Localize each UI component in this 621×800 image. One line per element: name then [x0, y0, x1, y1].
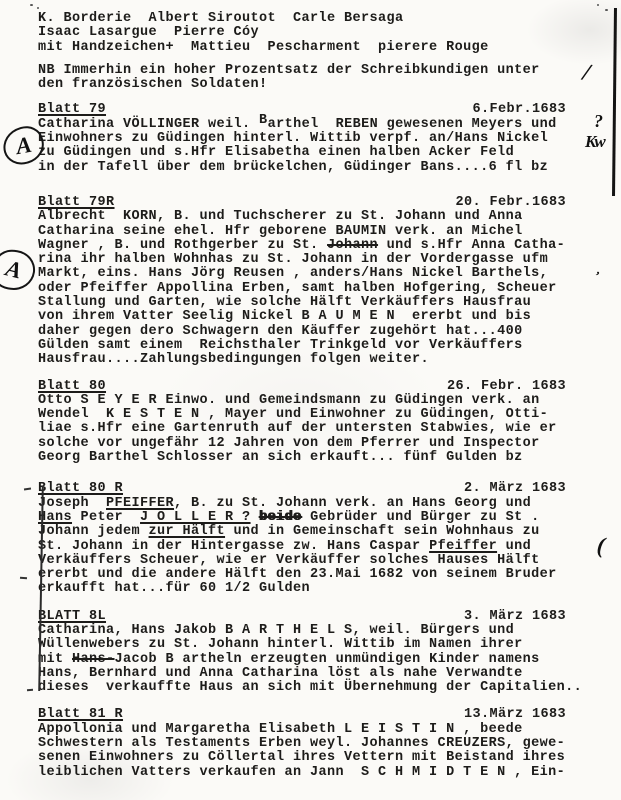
margin-circled-a-annotation: A: [0, 247, 38, 292]
text-line: Wendel K E S T E N , Mayer und Einwohner…: [38, 408, 578, 422]
section-title: Blatt 81 R: [38, 708, 123, 722]
text-line: Schwestern als Testaments Erben weyl. Jo…: [38, 737, 578, 751]
text-line: Catharina seine ehel. Hfr geborene BAUMI…: [38, 225, 578, 239]
text-line: in der Tafell über dem brückelchen, Güdi…: [38, 161, 578, 175]
margin-dash-mark: [27, 689, 33, 691]
text-line: Appollonia und Margaretha Elisabeth L E …: [38, 723, 578, 737]
section-date: 3. März 1683: [464, 610, 566, 624]
text-line: Catharina, Hans Jakob B A R T H E L S, w…: [38, 624, 578, 638]
scan-speck: [597, 4, 599, 6]
handwritten-k-mark: Kw: [585, 132, 604, 152]
text-line: Joseph PFEIFFER, B. zu St. Johann verk. …: [38, 497, 578, 511]
text-line: NB Immerhin ein hoher Prozentsatz der Sc…: [38, 64, 578, 78]
section-date: 20. Febr.1683: [455, 196, 566, 210]
text-line: Catharina VÖLLINGER weil. Barthel REBEN …: [38, 118, 578, 132]
text-line: oder Pfeiffer Appollina Erben, samt halb…: [38, 282, 578, 296]
section-body: Otto S E Y E R Einwo. und Gemeindsmann z…: [38, 394, 578, 465]
section-body: Catharina, Hans Jakob B A R T H E L S, w…: [38, 624, 578, 695]
text-line: rina ihr halben Wohnhas zu St. Johann in…: [38, 253, 578, 267]
text-line: leiblichen Vatters verkaufen an Jann S C…: [38, 766, 578, 780]
record-section-blatt-80r: Blatt 80 R 2. März 1683 Joseph PFEIFFER,…: [38, 482, 578, 596]
text-line: Stallung und Garten, wie solche Hälft Ve…: [38, 296, 578, 310]
text-line: Hausfrau....Zahlungsbedingungen folgen w…: [38, 353, 578, 367]
section-date: 6.Febr.1683: [472, 103, 566, 117]
section-date: 26. Febr. 1683: [447, 380, 566, 394]
section-title: Blatt 79: [38, 103, 106, 117]
text-line: Georg Barthel Schlosser an sich erkauft.…: [38, 451, 578, 465]
record-section-blatt-79: Blatt 79 6.Febr.1683 Catharina VÖLLINGER…: [38, 103, 578, 174]
circled-letter: A: [3, 256, 24, 285]
text-line: ererbt und die andere Hälft den 23.Mai 1…: [38, 568, 578, 582]
scan-speck: [37, 7, 39, 9]
section-title: Blatt 80 R: [38, 482, 123, 496]
record-section-blatt-81r: Blatt 81 R 13.März 1683 Appollonia und M…: [38, 708, 578, 779]
record-section-blatt-80: Blatt 80 26. Febr. 1683 Otto S E Y E R E…: [38, 380, 578, 466]
section-header-row: Blatt 79R 20. Febr.1683: [38, 196, 578, 210]
text-line: liae s.Hfr eine Gartenruth auf der unter…: [38, 422, 578, 436]
handwritten-tick-mark: ,: [595, 262, 604, 278]
page-content: K. Borderie Albert Siroutot Carle Bersag…: [38, 12, 578, 780]
record-section-blatt-81: BLATT 8L 3. März 1683 Catharina, Hans Ja…: [38, 610, 578, 696]
text-line: Wüllenwebers zu St. Johann hinterl. Witt…: [38, 638, 578, 652]
section-header-row: Blatt 79 6.Febr.1683: [38, 103, 578, 117]
text-line: Johann jedem zur Hälft und in Gemeinscha…: [38, 525, 578, 539]
circled-letter: A: [14, 131, 34, 159]
text-line: Gülden samt einem Reichsthaler Trinkgeld…: [38, 339, 578, 353]
margin-dash-mark: [24, 488, 31, 491]
text-line: Einwohners zu Güdingen hinterl. Wittib v…: [38, 132, 578, 146]
text-line: Isaac Lasargue Pierre Cóy: [38, 26, 578, 40]
text-line: dieses verkauffte Haus an sich mit Übern…: [38, 681, 578, 695]
text-line: Hans Peter J O L L E R ? beide Gebrüder …: [38, 511, 578, 525]
scanned-typewritten-page: K. Borderie Albert Siroutot Carle Bersag…: [0, 0, 621, 800]
text-line: St. Johann in der Hintergasse zw. Hans C…: [38, 540, 578, 554]
section-header-row: Blatt 80 R 2. März 1683: [38, 482, 578, 496]
text-line: zu Güdingen und s.Hfr Elisabetha einen h…: [38, 146, 578, 160]
text-line: senen Einwohners zu Cöllertal ihres Vett…: [38, 751, 578, 765]
handwritten-question-mark: ?: [594, 111, 603, 132]
section-body: Catharina VÖLLINGER weil. Barthel REBEN …: [38, 118, 578, 175]
scan-speck: [30, 4, 33, 6]
margin-dash-mark: [20, 577, 27, 580]
section-title: Blatt 80: [38, 380, 106, 394]
record-section-blatt-79r: Blatt 79R 20. Febr.1683 Albrecht KORN, B…: [38, 196, 578, 368]
section-title: Blatt 79R: [38, 196, 115, 210]
section-body: Joseph PFEIFFER, B. zu St. Johann verk. …: [38, 497, 578, 597]
section-date: 2. März 1683: [464, 482, 566, 496]
handwritten-slash-mark: /: [581, 60, 591, 88]
section-title: BLATT 8L: [38, 610, 106, 624]
section-header-row: Blatt 81 R 13.März 1683: [38, 708, 578, 722]
text-line: daher gegen dero Schwagern den Käuffer z…: [38, 325, 578, 339]
handwritten-paren-mark: (: [596, 533, 606, 560]
text-line: Verkäuffers Scheuer, wie er Verkäuffer s…: [38, 554, 578, 568]
signature-list: K. Borderie Albert Siroutot Carle Bersag…: [38, 12, 578, 55]
section-header-row: Blatt 80 26. Febr. 1683: [38, 380, 578, 394]
text-line: Otto S E Y E R Einwo. und Gemeindsmann z…: [38, 394, 578, 408]
text-line: mit Handzeichen+ Mattieu Pescharment pie…: [38, 41, 578, 55]
section-body: Appollonia und Margaretha Elisabeth L E …: [38, 723, 578, 780]
section-body: Albrecht KORN, B. und Tuchscherer zu St.…: [38, 210, 578, 367]
text-line: Markt, eins. Hans Jörg Reusen , anders/H…: [38, 267, 578, 281]
section-date: 13.März 1683: [464, 708, 566, 722]
scan-speck: [605, 9, 608, 11]
text-line: K. Borderie Albert Siroutot Carle Bersag…: [38, 12, 578, 26]
text-line: solche vor ungefähr 12 Jahren von dem Pf…: [38, 437, 578, 451]
section-header-row: BLATT 8L 3. März 1683: [38, 610, 578, 624]
nb-note: NB Immerhin ein hoher Prozentsatz der Sc…: [38, 64, 578, 93]
text-line: Albrecht KORN, B. und Tuchscherer zu St.…: [38, 210, 578, 224]
page-edge-scan-line: [612, 8, 617, 196]
text-line: von ihrem Vatter Seelig Nickel B A U M E…: [38, 310, 578, 324]
text-line: erkaufft hat...für 60 1/2 Gulden: [38, 582, 578, 596]
text-line: den französischen Soldaten!: [38, 78, 578, 92]
text-line: Wagner , B. und Rothgerber zu St. Johann…: [38, 239, 578, 253]
text-line: mit Hans-Jacob B artheln erzeugten unmün…: [38, 653, 578, 667]
